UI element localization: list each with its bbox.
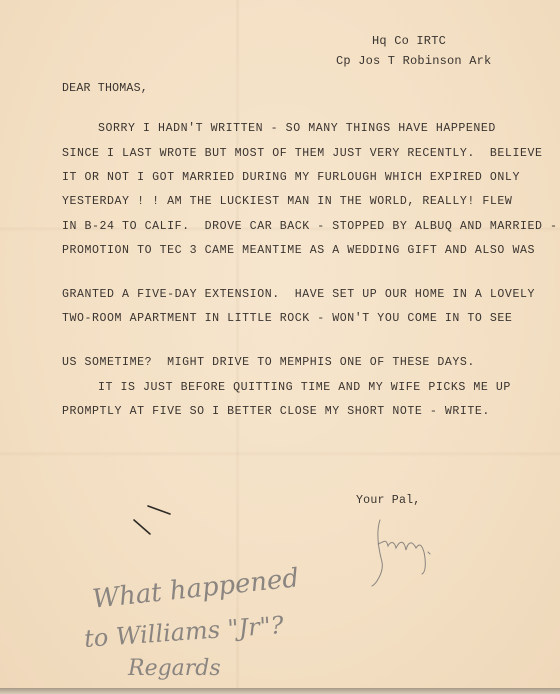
body-line: SINCE I LAST WROTE BUT MOST OF THEM JUST… — [62, 147, 542, 160]
body-line: YESTERDAY ! ! AM THE LUCKIEST MAN IN THE… — [62, 195, 512, 208]
body-line: PROMOTION TO TEC 3 CAME MEANTIME AS A WE… — [62, 244, 535, 257]
body-line: SORRY I HADN'T WRITTEN - SO MANY THINGS … — [98, 122, 496, 135]
body-line: PROMPTLY AT FIVE SO I BETTER CLOSE MY SH… — [62, 405, 490, 418]
salutation: DEAR THOMAS, — [62, 82, 148, 95]
body-line: GRANTED A FIVE-DAY EXTENSION. HAVE SET U… — [62, 288, 535, 301]
note-line-3: Regards — [128, 656, 221, 681]
closing: Your Pal, — [356, 494, 420, 507]
header-location: Cp Jos T Robinson Ark — [336, 54, 491, 68]
body-line: IT IS JUST BEFORE QUITTING TIME AND MY W… — [98, 381, 511, 394]
signature-scrawl-icon — [370, 512, 460, 592]
paper-bottom-edge — [0, 688, 560, 694]
body-line: IT OR NOT I GOT MARRIED DURING MY FURLOU… — [62, 171, 520, 184]
pencil-marks — [130, 500, 190, 545]
header-unit: Hq Co IRTC — [372, 34, 446, 48]
tick-marks-icon — [130, 500, 190, 540]
signature: Jerry — [370, 512, 460, 597]
body-line: IN B-24 TO CALIF. DROVE CAR BACK - STOPP… — [62, 220, 558, 233]
body-line: US SOMETIME? MIGHT DRIVE TO MEMPHIS ONE … — [62, 356, 475, 369]
body-line: TWO-ROOM APARTMENT IN LITTLE ROCK - WON'… — [62, 312, 512, 325]
